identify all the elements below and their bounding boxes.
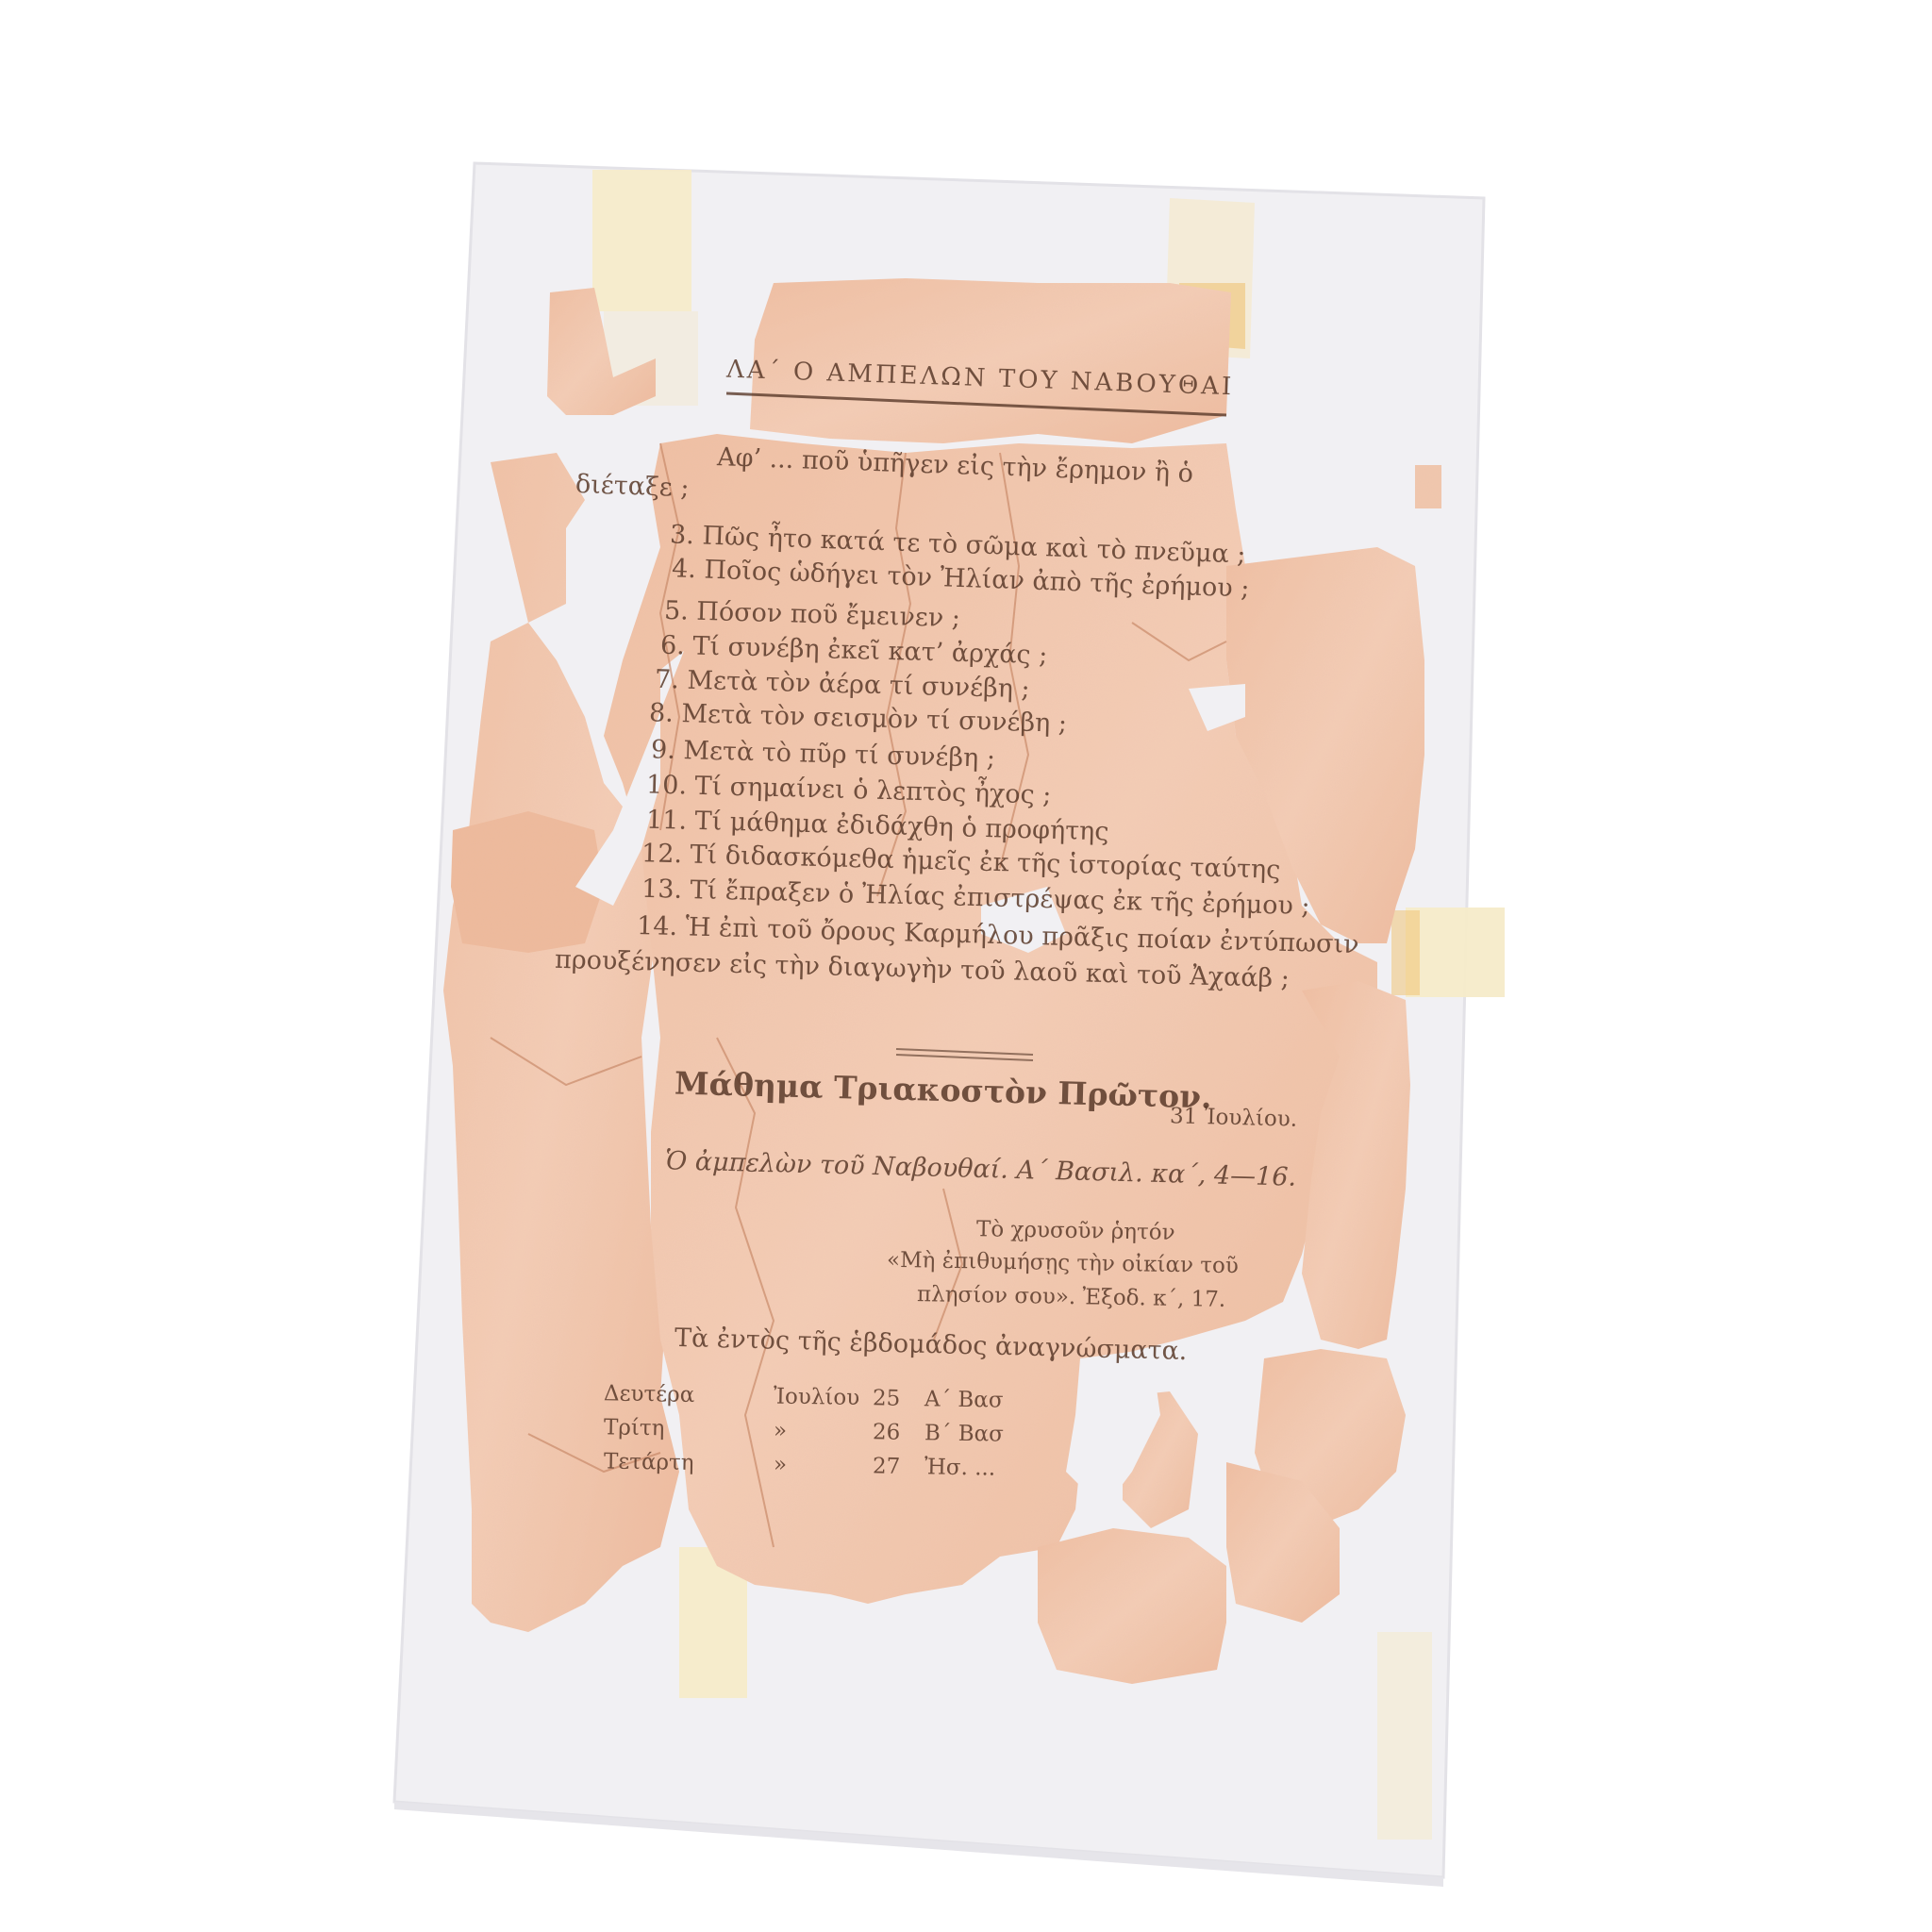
photo-scene [0, 0, 1932, 1932]
